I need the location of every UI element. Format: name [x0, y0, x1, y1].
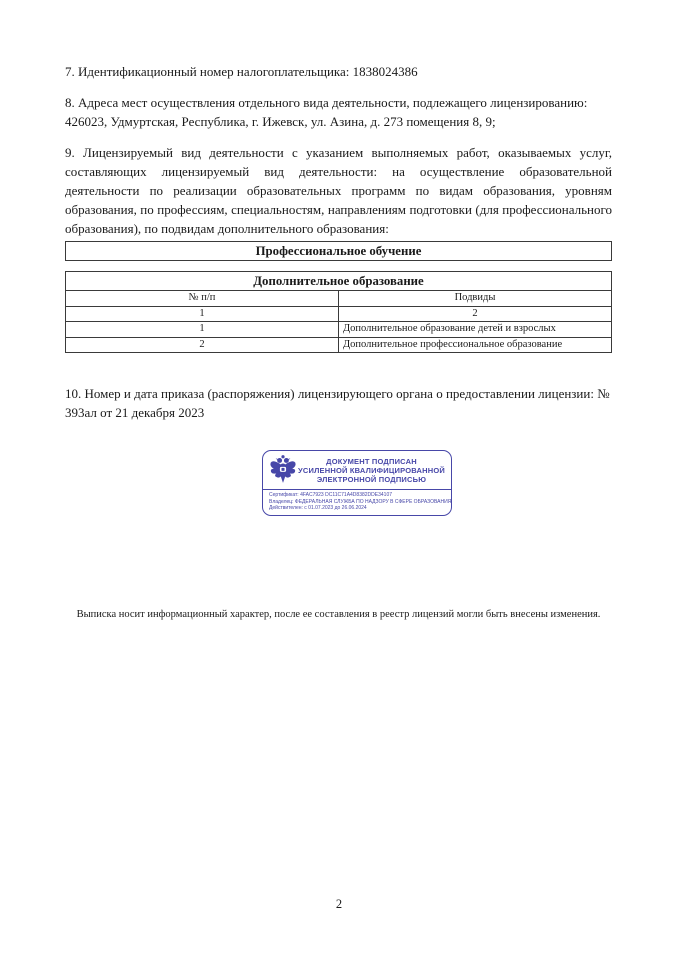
item-7-taxpayer-number: 7. Идентификационный номер налогоплатель…	[65, 62, 612, 81]
stamp-title-line-3: ЭЛЕКТРОННОЙ ПОДПИСЬЮ	[298, 475, 445, 484]
subtype-cell: Дополнительное профессиональное образова…	[339, 337, 612, 353]
column-number-cell: 2	[339, 306, 612, 322]
informational-note: Выписка носит информационный характер, п…	[65, 608, 612, 621]
document-page: 7. Идентификационный номер налогоплатель…	[0, 0, 678, 960]
table-row: 1 Дополнительное образование детей и взр…	[66, 322, 612, 338]
page-number: 2	[0, 897, 678, 912]
table-row: № п/п Подвиды	[66, 291, 612, 307]
column-number-cell: 1	[66, 306, 339, 322]
stamp-title-line-1: ДОКУМЕНТ ПОДПИСАН	[298, 457, 445, 466]
table-row: 1 2	[66, 306, 612, 322]
additional-education-table: Дополнительное образование № п/п Подвиды…	[65, 271, 612, 353]
row-number-cell: 1	[66, 322, 339, 338]
item-8-line1: 8. Адреса мест осуществления отдельного …	[65, 95, 587, 110]
row-number-cell: 2	[66, 337, 339, 353]
stamp-validity: Действителен: с 01.07.2023 до 26.06.2024	[269, 505, 445, 512]
item-10-order-number: 10. Номер и дата приказа (распоряжения) …	[65, 384, 612, 422]
stamp-title-line-2: УСИЛЕННОЙ КВАЛИФИЦИРОВАННОЙ	[298, 466, 445, 475]
coat-of-arms-icon	[268, 454, 298, 486]
column-header-number: № п/п	[66, 291, 339, 307]
item-8-line2: 426023, Удмуртская, Республика, г. Ижевс…	[65, 114, 496, 129]
column-header-subtypes: Подвиды	[339, 291, 612, 307]
table-row: Профессиональное обучение	[66, 242, 612, 261]
professional-training-table-header: Профессиональное обучение	[66, 242, 612, 261]
table-row: 2 Дополнительное профессиональное образо…	[66, 337, 612, 353]
stamp-details-section: Сертификат: 4FAC7923 DC11C71A4D8382DDE34…	[263, 490, 451, 515]
additional-education-table-header: Дополнительное образование	[66, 272, 612, 291]
stamp-title: ДОКУМЕНТ ПОДПИСАН УСИЛЕННОЙ КВАЛИФИЦИРОВ…	[298, 457, 445, 484]
table-row: Дополнительное образование	[66, 272, 612, 291]
professional-training-table: Профессиональное обучение	[65, 241, 612, 261]
stamp-title-section: ДОКУМЕНТ ПОДПИСАН УСИЛЕННОЙ КВАЛИФИЦИРОВ…	[263, 451, 451, 490]
item-9-licensed-activity: 9. Лицензируемый вид деятельности с указ…	[65, 143, 612, 238]
subtype-cell: Дополнительное образование детей и взрос…	[339, 322, 612, 338]
digital-signature-stamp: ДОКУМЕНТ ПОДПИСАН УСИЛЕННОЙ КВАЛИФИЦИРОВ…	[262, 450, 452, 516]
item-8-addresses: 8. Адреса мест осуществления отдельного …	[65, 93, 612, 131]
